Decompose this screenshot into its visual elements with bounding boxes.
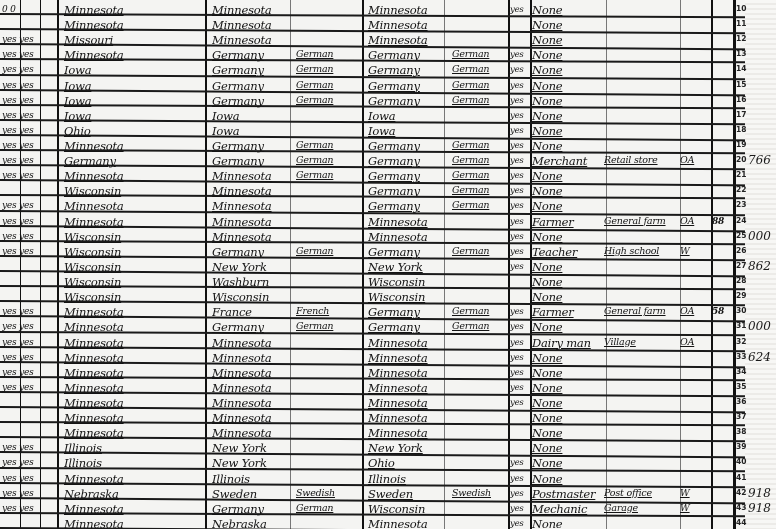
line-number: 16 — [736, 95, 746, 104]
line-number: 10 — [736, 4, 746, 13]
line-number: 38 — [736, 427, 746, 436]
line-number: 40 — [736, 457, 746, 466]
census-row: yes yesMinnesotaGermanyGermanGermanyGerm… — [0, 136, 776, 151]
line-number: 17 — [736, 110, 746, 119]
line-number: 24 — [736, 216, 746, 225]
margin-code: 624 — [748, 350, 771, 364]
line-number: 44 — [736, 518, 746, 527]
speaks-english-cell: yes — [510, 516, 528, 529]
census-row: WisconsinNew YorkNew YorkyesNone27862 — [0, 257, 776, 272]
line-number: 29 — [736, 291, 746, 300]
census-row: MinnesotaMinnesotaMinnesotaNone37 — [0, 408, 776, 423]
census-row: 0 0MinnesotaMinnesotaMinnesotayesNone10 — [0, 0, 776, 15]
census-row: yes yesMinnesotaGermanyGermanGermanyGerm… — [0, 45, 776, 60]
census-row: yes yesMinnesotaIllinoisIllinoisyesNone4… — [0, 469, 776, 484]
line-number: 14 — [736, 64, 746, 73]
census-row: WisconsinWisconsinWisconsinNone29 — [0, 287, 776, 302]
line-number: 36 — [736, 397, 746, 406]
census-page-scan: 0 0MinnesotaMinnesotaMinnesotayesNone10M… — [0, 0, 776, 529]
census-row: yes yesMinnesotaMinnesotaMinnesotayesFar… — [0, 212, 776, 227]
census-row: yes yesOhioIowaIowayesNone18 — [0, 121, 776, 136]
line-number: 11 — [736, 19, 746, 28]
census-row: yes yesMinnesotaMinnesotaMinnesotayesNon… — [0, 363, 776, 378]
line-number: 32 — [736, 337, 746, 346]
line-number: 39 — [736, 442, 746, 451]
margin-code: 918 — [748, 501, 771, 515]
margin-code: 862 — [748, 259, 771, 273]
father-birthplace-cell: Nebraska — [212, 516, 292, 529]
census-row: yes yesGermanyGermanyGermanGermanyGerman… — [0, 151, 776, 166]
line-number: 26 — [736, 246, 746, 255]
line-number: 18 — [736, 125, 746, 134]
margin-code: 000 — [748, 229, 771, 243]
census-row: MinnesotaNebraskaMinnesotayesNone44 — [0, 514, 776, 529]
line-number: 19 — [736, 140, 746, 149]
census-row: yes yesNebraskaSwedenSwedishSwedenSwedis… — [0, 484, 776, 499]
census-row: yes yesMinnesotaMinnesotaMinnesotayesDai… — [0, 333, 776, 348]
census-row: yes yesMinnesotaMinnesotaMinnesotayesNon… — [0, 348, 776, 363]
line-number: 23 — [736, 200, 746, 209]
census-row: MinnesotaMinnesotaMinnesotaNone11 — [0, 15, 776, 30]
line-number: 22 — [736, 185, 746, 194]
census-row: yes yesWisconsinMinnesotaMinnesotayesNon… — [0, 227, 776, 242]
line-number: 15 — [736, 80, 746, 89]
line-number: 41 — [736, 473, 746, 482]
line-number: 13 — [736, 49, 746, 58]
occupation-cell: None — [532, 516, 602, 529]
census-row: WisconsinMinnesotaGermanyGermanyesNone22 — [0, 181, 776, 196]
census-row: MinnesotaMinnesotaMinnesotaNone38 — [0, 423, 776, 438]
census-row: yes yesMinnesotaMinnesotaGermanGermanyGe… — [0, 166, 776, 181]
line-number: 34 — [736, 367, 746, 376]
birthplace-cell: Minnesota — [64, 516, 184, 529]
census-row: yes yesIllinoisNew YorkOhioyesNone40 — [0, 453, 776, 468]
line-number: 25 — [736, 231, 746, 240]
mother-birthplace-cell: Minnesota — [368, 516, 458, 529]
census-row: yes yesIowaGermanyGermanGermanyGermanyes… — [0, 91, 776, 106]
line-number: 37 — [736, 412, 746, 421]
census-row: WisconsinWashburnWisconsinNone28 — [0, 272, 776, 287]
census-row: MinnesotaMinnesotaMinnesotayesNone36 — [0, 393, 776, 408]
margin-code: 000 — [748, 319, 771, 333]
census-row: yes yesIowaGermanyGermanGermanyGermanyes… — [0, 60, 776, 75]
census-row: yes yesIowaIowaIowayesNone17 — [0, 106, 776, 121]
census-row: yes yesMissouriMinnesotaMinnesotaNone12 — [0, 30, 776, 45]
line-number: 30 — [736, 306, 746, 315]
line-number: 12 — [736, 34, 746, 43]
line-number: 27 — [736, 261, 746, 270]
line-number: 35 — [736, 382, 746, 391]
census-row: yes yesMinnesotaFranceFrenchGermanyGerma… — [0, 302, 776, 317]
census-row: yes yesMinnesotaMinnesotaMinnesotayesNon… — [0, 378, 776, 393]
census-row: yes yesMinnesotaMinnesotaGermanyGermanye… — [0, 196, 776, 211]
line-number: 31 — [736, 321, 746, 330]
margin-code: 766 — [748, 153, 771, 167]
census-row: yes yesWisconsinGermanyGermanGermanyGerm… — [0, 242, 776, 257]
line-number: 42 — [736, 488, 746, 497]
census-row: yes yesMinnesotaGermanyGermanGermanyGerm… — [0, 317, 776, 332]
line-number: 20 — [736, 155, 746, 164]
line-number: 33 — [736, 352, 746, 361]
census-row: yes yesIllinoisNew YorkNew YorkNone39 — [0, 438, 776, 453]
census-row: yes yesIowaGermanyGermanGermanyGermanyes… — [0, 76, 776, 91]
line-number: 43 — [736, 503, 746, 512]
census-row: yes yesMinnesotaGermanyGermanWisconsinye… — [0, 499, 776, 514]
margin-code: 918 — [748, 486, 771, 500]
line-number: 21 — [736, 170, 746, 179]
line-number: 28 — [736, 276, 746, 285]
